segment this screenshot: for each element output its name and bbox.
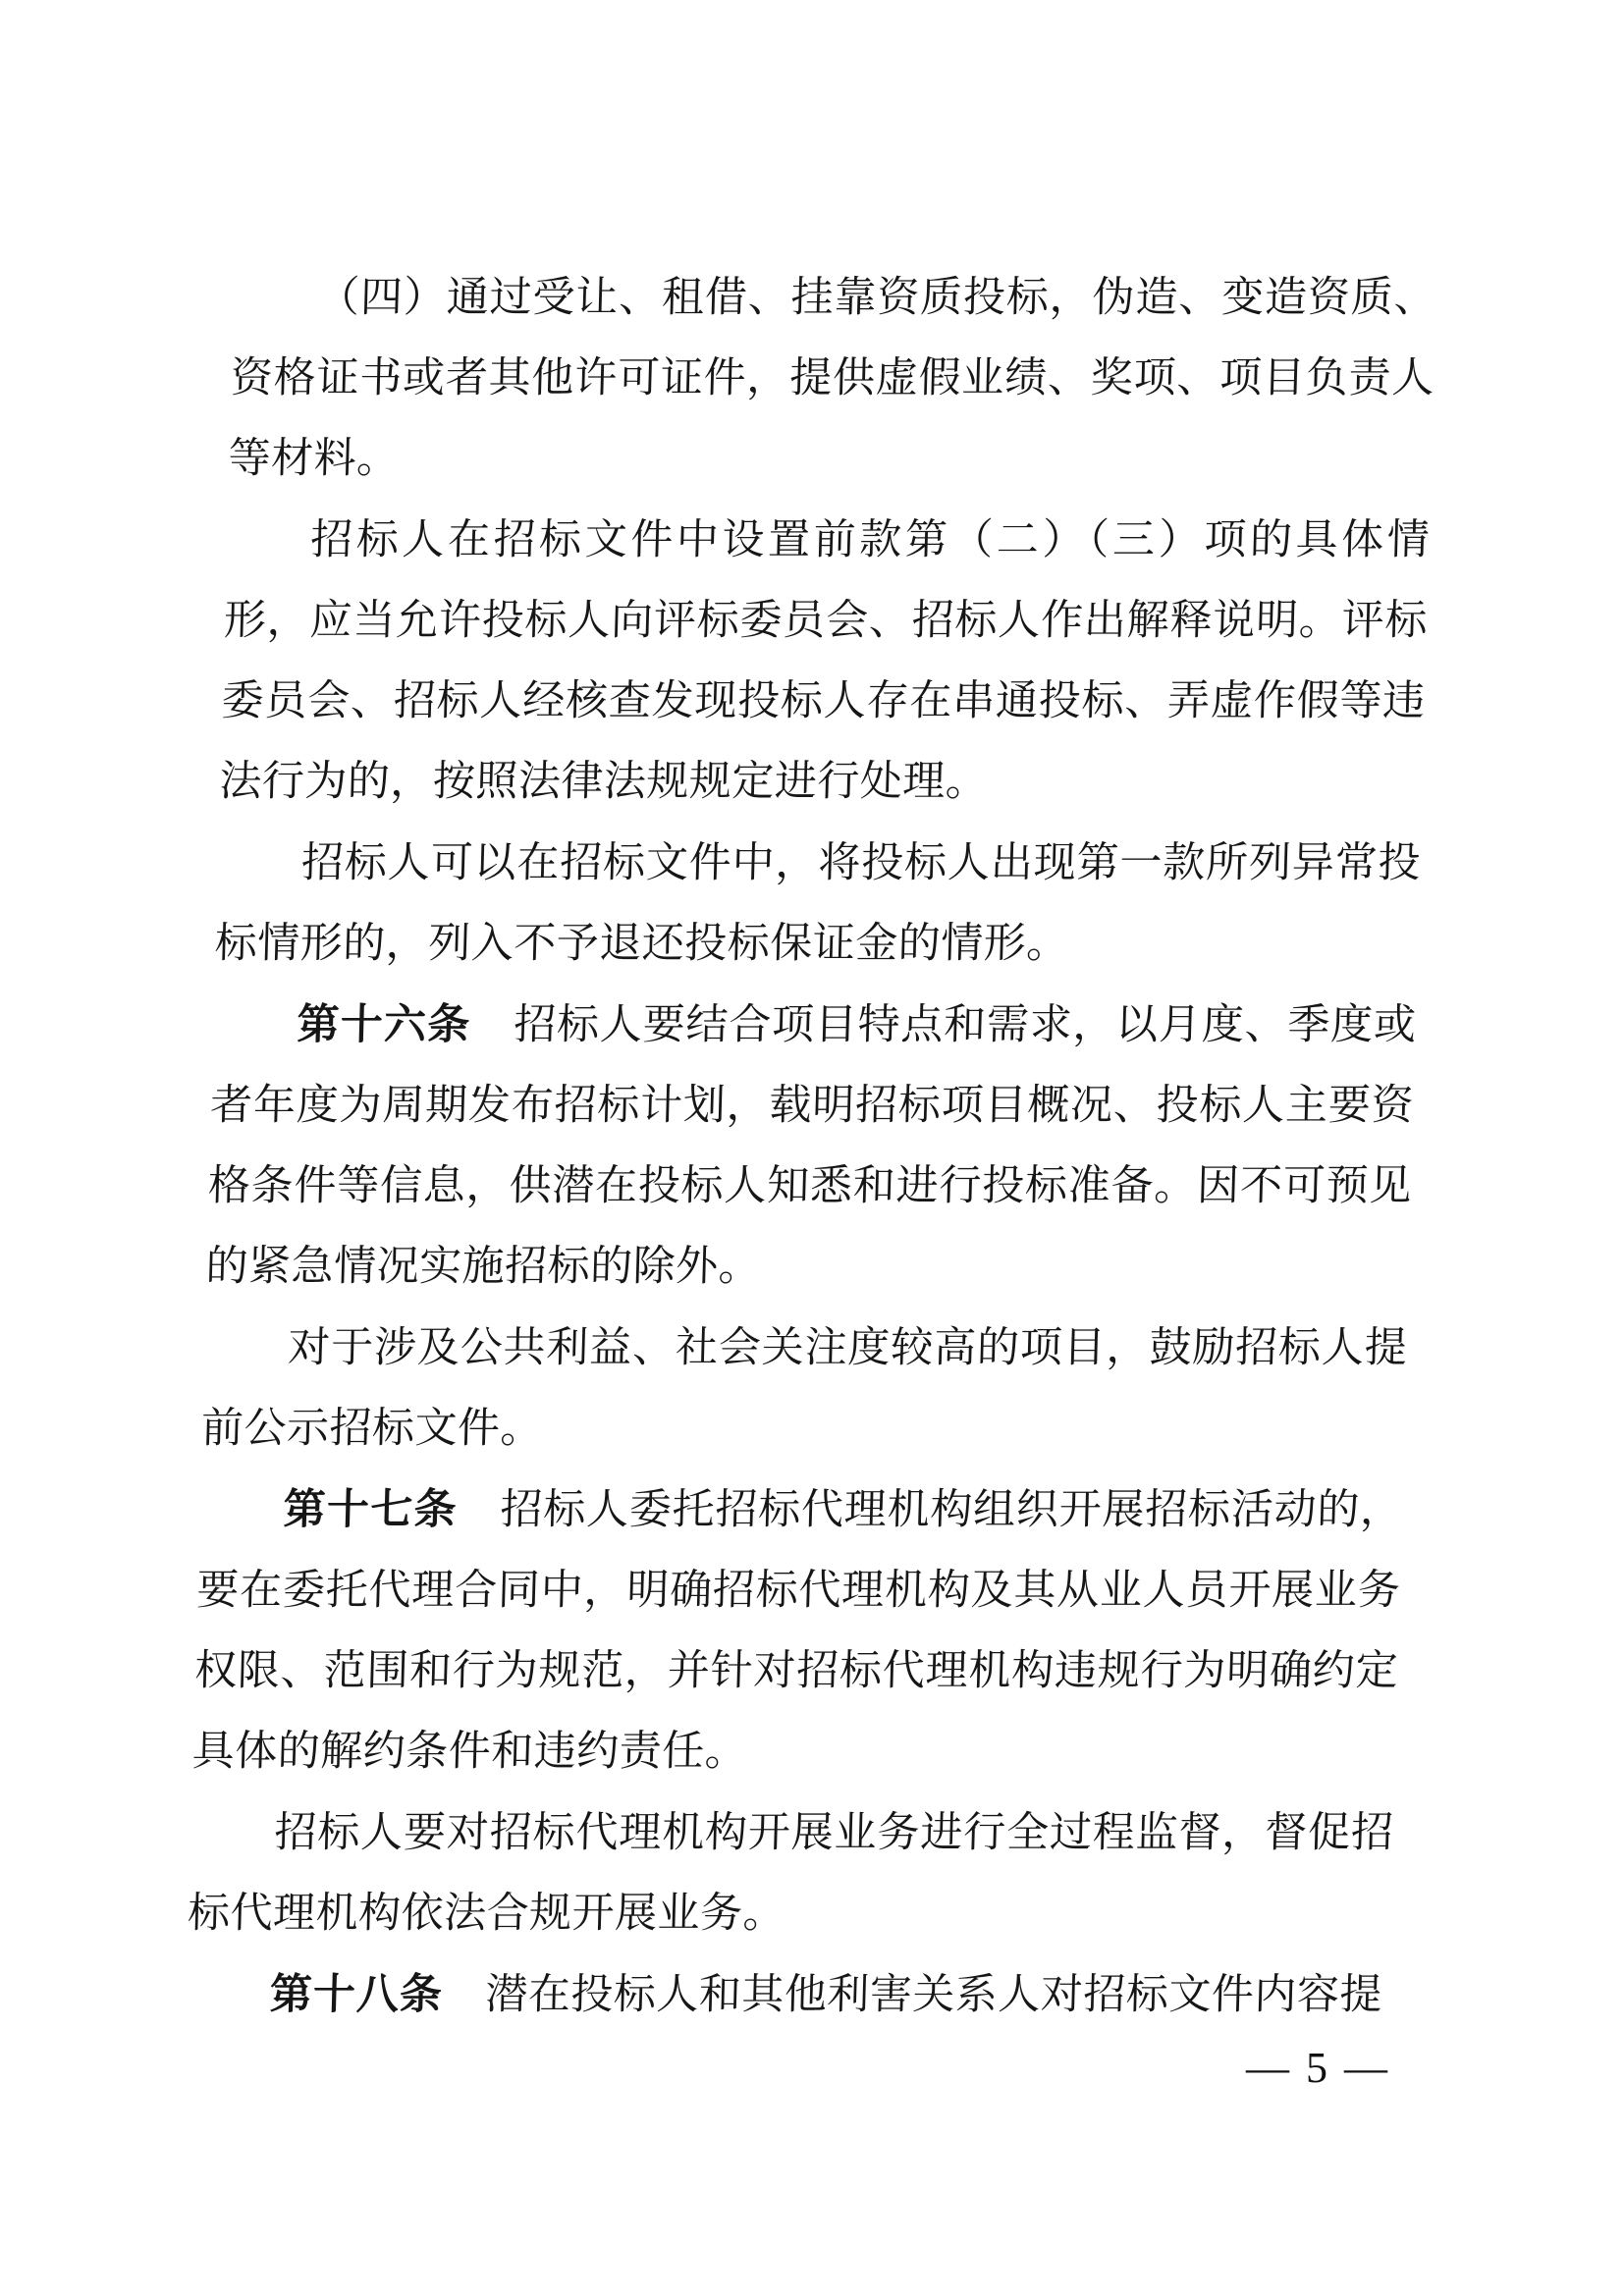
page-footer: — 5 — <box>1246 2044 1390 2093</box>
article-number: 第十八条 <box>269 1971 443 2018</box>
paragraph: （四）通过受让、租借、挂靠资质投标，伪造、变造资质、资格证书或者其他许可证件，提… <box>227 257 1437 500</box>
paragraph: 对于涉及公共利益、社会关注度较高的项目，鼓励招标人提前公示招标文件。 <box>200 1308 1409 1469</box>
paragraph-text: （四）通过受让、租借、挂靠资质投标，伪造、变造资质、资格证书或者其他许可证件，提… <box>228 275 1437 482</box>
paragraph: 招标人要对招标代理机构开展业务进行全过程监督，督促招标代理机构依法合规开展业务。 <box>187 1792 1395 1954</box>
paragraph: 第十六条 招标人要结合项目特点和需求，以月度、季度或者年度为周期发布招标计划，载… <box>204 985 1417 1308</box>
paragraph: 招标人在招标文件中设置前款第（二）（三）项的具体情形，应当允许投标人向评标委员会… <box>218 500 1431 823</box>
article-number: 第十六条 <box>297 1001 471 1048</box>
paragraph: 第十八条 潜在投标人和其他利害关系人对招标文件内容提 <box>185 1954 1390 2036</box>
document-page: （四）通过受让、租借、挂靠资质投标，伪造、变造资质、资格证书或者其他许可证件，提… <box>0 0 1624 2296</box>
paragraph-text: 招标人在招标文件中设置前款第（二）（三）项的具体情形，应当允许投标人向评标委员会… <box>219 517 1431 805</box>
paragraph-text: 对于涉及公共利益、社会关注度较高的项目，鼓励招标人提前公示招标文件。 <box>200 1325 1408 1452</box>
paragraph-text: 潜在投标人和其他利害关系人对招标文件内容提 <box>442 1972 1382 2018</box>
page-number: — 5 — <box>1246 2044 1390 2092</box>
paragraph: 第十七条 招标人委托招标代理机构组织开展招标活动的，要在委托代理合同中，明确招标… <box>191 1469 1404 1792</box>
document-body: （四）通过受让、租借、挂靠资质投标，伪造、变造资质、资格证书或者其他许可证件，提… <box>185 257 1438 2036</box>
paragraph-text: 招标人要对招标代理机构开展业务进行全过程监督，督促招标代理机构依法合规开展业务。 <box>188 1810 1395 1937</box>
article-number: 第十七条 <box>283 1486 458 1533</box>
paragraph-text: 招标人可以在招标文件中，将投标人出现第一款所列异常投标情形的，列入不予退还投标保… <box>214 840 1422 967</box>
paragraph: 招标人可以在招标文件中，将投标人出现第一款所列异常投标情形的，列入不予退还投标保… <box>214 823 1423 985</box>
